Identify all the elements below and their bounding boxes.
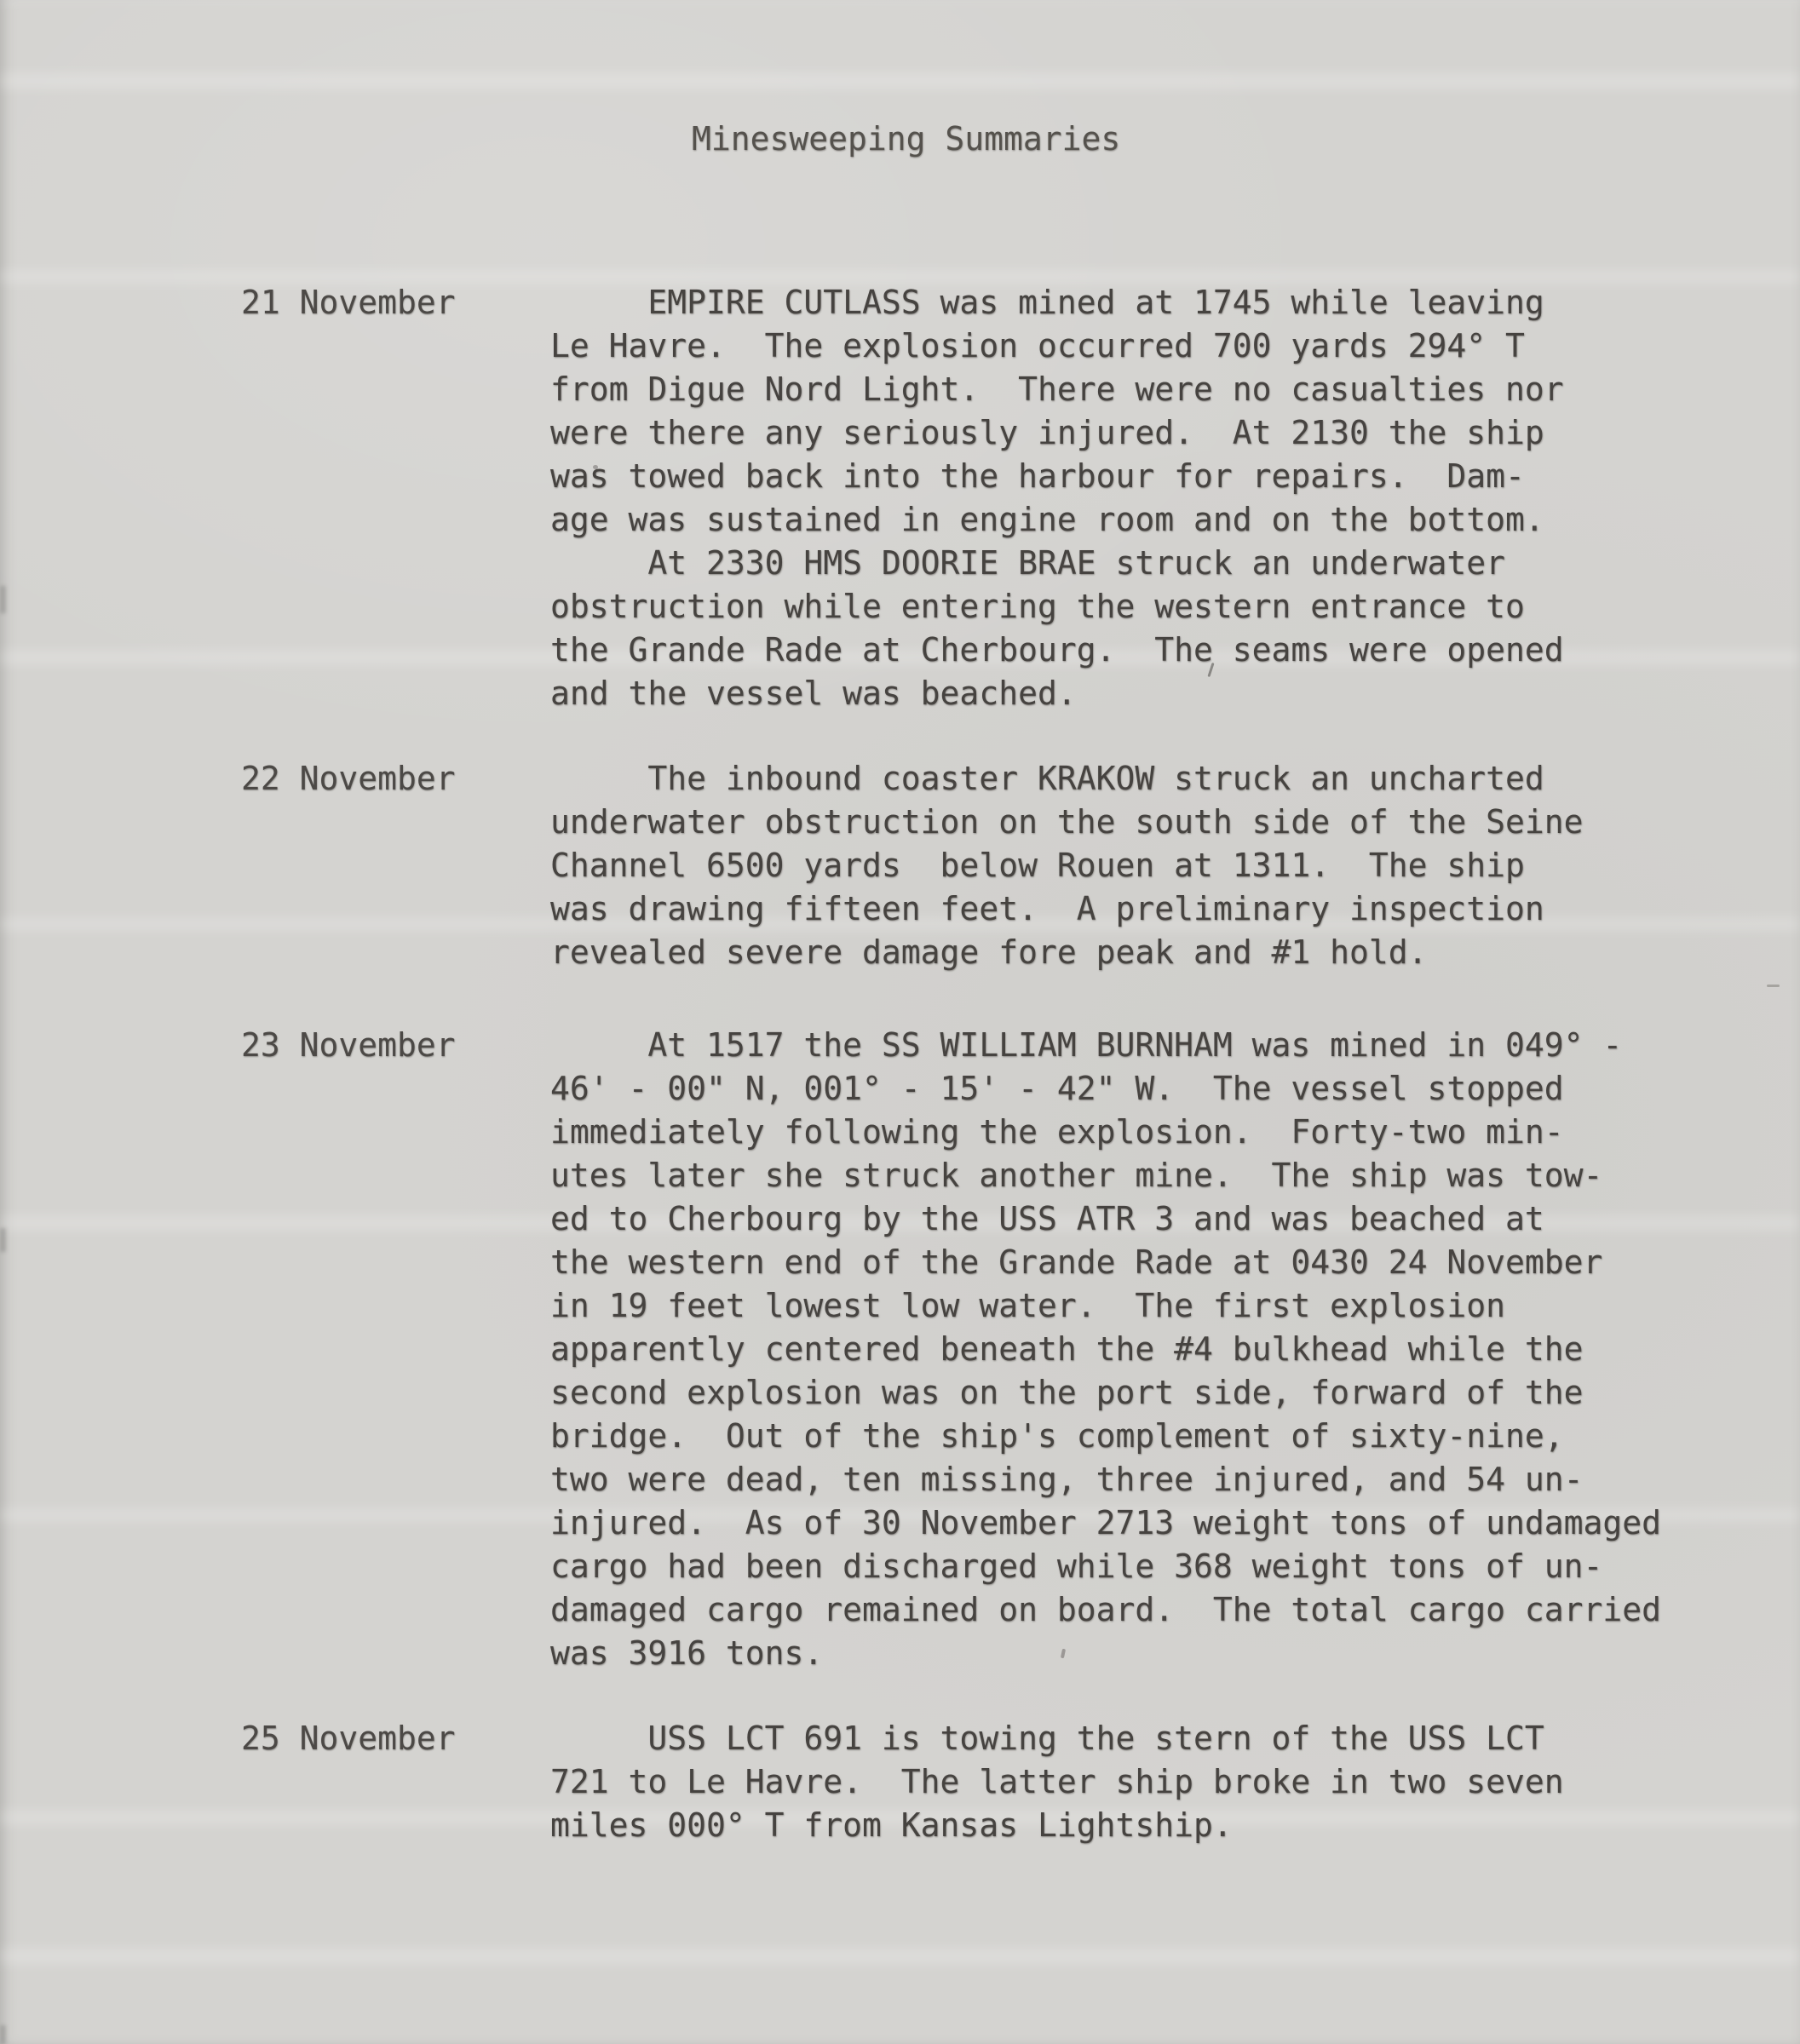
scan-edge-streak [0,2025,6,2044]
scan-band [0,1949,1800,1964]
entry-date: 22 November [241,757,456,801]
entry-date: 25 November [241,1717,456,1760]
document-title: Minesweeping Summaries [692,118,1120,161]
entry-date: 21 November [241,281,456,324]
entry-body: EMPIRE CUTLASS was mined at 1745 while l… [550,281,1564,715]
scan-band [0,73,1800,89]
scan-edge-streak [0,1228,6,1252]
scan-edge-streak [0,586,6,613]
document-page: Minesweeping Summaries 21 November EMPIR… [0,0,1800,2044]
entry-body: USS LCT 691 is towing the stern of the U… [550,1717,1564,1847]
entry-body: At 1517 the SS WILLIAM BURNHAM was mined… [550,1024,1661,1675]
scan-speck [1767,985,1780,987]
entry-body: The inbound coaster KRAKOW struck an unc… [550,757,1584,974]
entry-date: 23 November [241,1024,456,1067]
